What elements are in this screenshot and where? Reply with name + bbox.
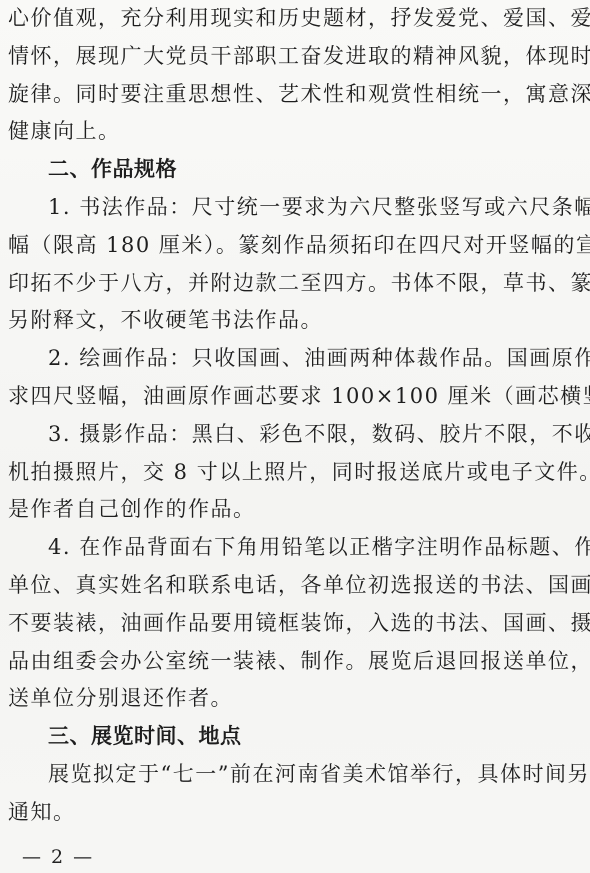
item-painting: 2. 绘画作品：只收国画、油画两种体裁作品。国画原作画芯要 求四尺竖幅，油画原作… [8, 340, 582, 416]
text-line: 旋律。同时要注重思想性、艺术性和观赏性相统一，寓意深刻、 [8, 76, 582, 114]
section-heading-specifications: 二、作品规格 [8, 151, 582, 189]
text-line: 通知。 [8, 794, 582, 832]
intro-paragraph: 心价值观，充分利用现实和历史题材，抒发爱党、爱国、爱民的 情怀，展现广大党员干部… [8, 0, 582, 151]
text-line: 单位、真实姓名和联系电话，各单位初选报送的书法、国画作品 [8, 567, 582, 605]
document-body: 心价值观，充分利用现实和历史题材，抒发爱党、爱国、爱民的 情怀，展现广大党员干部… [8, 0, 582, 832]
section-heading-time-location: 三、展览时间、地点 [8, 718, 582, 756]
item-calligraphy: 1. 书法作品：尺寸统一要求为六尺整张竖写或六尺条幅竖 幅（限高 180 厘米）… [8, 189, 582, 340]
text-line: 心价值观，充分利用现实和历史题材，抒发爱党、爱国、爱民的 [8, 0, 582, 38]
text-line: 品由组委会办公室统一装裱、制作。展览后退回报送单位，由报 [8, 643, 582, 681]
text-line: 3. 摄影作品：黑白、彩色不限，数码、胶片不限，不收手 [8, 416, 582, 454]
item-labeling: 4. 在作品背面右下角用铅笔以正楷字注明作品标题、作者 单位、真实姓名和联系电话… [8, 529, 582, 718]
text-line: 送单位分别退还作者。 [8, 680, 582, 718]
text-line: 健康向上。 [8, 113, 582, 151]
item-photography: 3. 摄影作品：黑白、彩色不限，数码、胶片不限，不收手 机拍摄照片，交 8 寸以… [8, 416, 582, 529]
text-line: 1. 书法作品：尺寸统一要求为六尺整张竖写或六尺条幅竖 [8, 189, 582, 227]
text-line: 机拍摄照片，交 8 寸以上照片，同时报送底片或电子文件。必须 [8, 454, 582, 492]
text-line: 幅（限高 180 厘米）。篆刻作品须拓印在四尺对开竖幅的宣纸上， [8, 227, 582, 265]
exhibition-paragraph: 展览拟定于“七一”前在河南省美术馆举行，具体时间另行 通知。 [8, 756, 582, 832]
text-line: 求四尺竖幅，油画原作画芯要求 100×100 厘米（画芯横竖边线）。 [8, 378, 582, 416]
text-line: 情怀，展现广大党员干部职工奋发进取的精神风貌，体现时代主 [8, 38, 582, 76]
text-line: 另附释文，不收硬笔书法作品。 [8, 302, 582, 340]
text-line: 是作者自己创作的作品。 [8, 491, 582, 529]
document-page: 心价值观，充分利用现实和历史题材，抒发爱党、爱国、爱民的 情怀，展现广大党员干部… [0, 0, 590, 873]
text-line: 展览拟定于“七一”前在河南省美术馆举行，具体时间另行 [8, 756, 582, 794]
page-number: — 2 — [22, 846, 94, 868]
text-line: 4. 在作品背面右下角用铅笔以正楷字注明作品标题、作者 [8, 529, 582, 567]
text-line: 2. 绘画作品：只收国画、油画两种体裁作品。国画原作画芯要 [8, 340, 582, 378]
text-line: 印拓不少于八方，并附边款二至四方。书体不限，草书、篆书须 [8, 265, 582, 303]
text-line: 不要装裱，油画作品要用镜框装饰，入选的书法、国画、摄影作 [8, 605, 582, 643]
